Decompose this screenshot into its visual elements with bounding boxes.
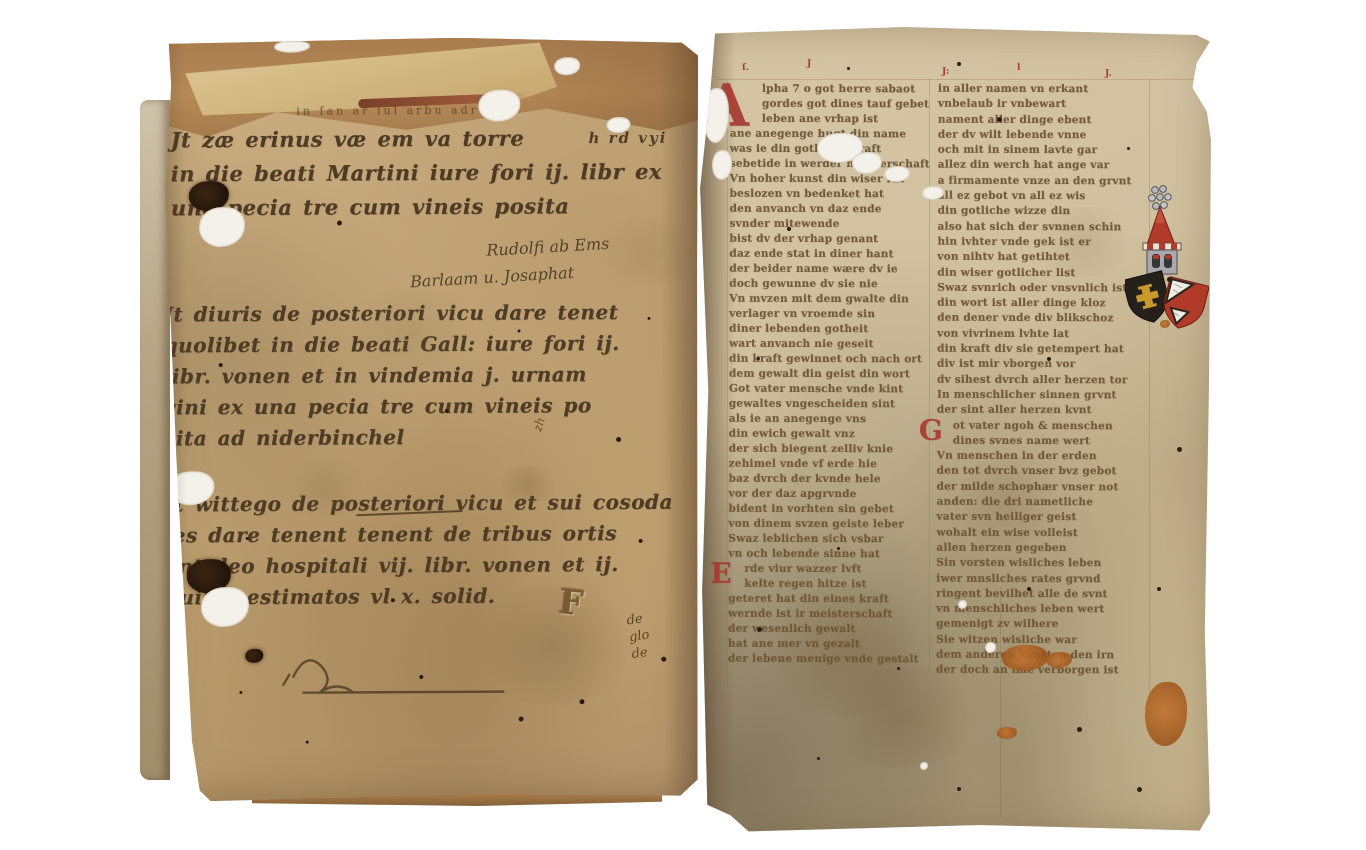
wormhole-dot [1027,587,1031,591]
text-line: div ist mir vborgen vor [937,358,1151,374]
text-line: din kraft gewinnet och nach ort [729,353,931,369]
text-line: svnder mitewende [729,218,931,234]
wormhole-dot [757,357,760,360]
wormhole-dot [897,667,900,670]
crest-spire [1147,207,1175,245]
text-line: der doch an ime verborgen ist [936,664,1150,680]
text-line: Swaz leblichen sich vsbar [728,533,930,549]
text-line: in aller namen vn erkant [938,83,1152,99]
text-line: vnbelaub ir vnbewart [938,98,1152,114]
stain-blob [817,667,987,767]
text-line: leben ane vrhap ist [730,113,932,129]
page-edge-underlay [140,100,170,780]
wormhole-dot [616,437,621,442]
wormhole-dot [757,627,762,632]
rust-blob [1145,682,1187,746]
text-line: gordes got dines tauf gebet [730,98,932,114]
rubricated-initial-G: G [919,416,943,444]
wormhole-dot [647,317,650,320]
heraldic-crest [1125,183,1209,355]
stain-blob [471,585,642,706]
left-parchment-page: in fan ar iul arbu adr Jt zæ erinus væ e… [158,37,702,802]
wormhole-dot [219,363,223,367]
text-line: zehimel vnde vf erde hie [729,458,931,474]
wormhole-dot [837,547,840,550]
text-line: vn och lebende sinne hat [728,548,930,564]
text-line: iwer mnsliches rates grvnd [936,572,1150,588]
right-page: ſ.JJ:lJ. lpha 7 o got herre sabaotgordes… [695,25,1220,840]
wormhole-dot [579,699,584,704]
rubric-mark: J. [1105,69,1112,79]
wormhole-dot [246,537,249,540]
text-line: der sint aller herzen kvnt [937,404,1151,420]
text-line: din kraft div sie getempert hat [937,343,1151,359]
text-line: les dare tenent tenent de tribus ortis [165,518,674,552]
text-line: diner lebenden gotheit [729,323,931,339]
text-line: ant deo hospitali vij. libr. vonen et ij… [165,549,674,583]
text-column-2: in aller namen vn erkantvnbelaub ir vnbe… [936,83,1152,680]
text-line: der beider name wære dv ie [729,263,931,279]
wormhole-dot [1137,787,1142,792]
text-line: Vn mvzen mit dem gwalte din [729,293,931,309]
wormhole-dot [1127,147,1130,150]
rubric-mark: J: [942,67,949,77]
text-line: In menschlicher sinnen grvnt [937,389,1151,405]
text-line: din ewich gewalt vnz [729,428,931,444]
text-line: gewaltes vngescheiden sint [729,398,931,414]
text-line: von dinem svzen geiste leber [728,518,930,534]
wormhole-dot [1167,277,1172,282]
text-line: a firmamente vnze an den grvnt [938,174,1152,190]
text-line: beslozen vn bedenket hat [730,188,932,204]
wormhole-dot [519,717,524,722]
text-line: baz dvrch der kvnde hele [729,473,931,489]
ruling-line-top [717,79,1197,80]
wormhole-dot [639,539,643,543]
stain-blob [589,217,709,288]
text-line: dines svnes name wert [937,434,1151,450]
white-blob [920,762,928,770]
text-line: allez din werch hat ange var [938,159,1152,175]
wormhole-dot [787,227,791,231]
wormhole-dot [997,117,1002,122]
wormhole-dot [1177,447,1182,452]
text-line: vini ex una pecia tre cum vineis po [164,390,620,423]
wormhole-dot [847,67,850,70]
text-line: rde viur wazzer lvft [728,563,930,579]
wormhole-dot [1047,357,1051,361]
text-line: sita ad niderbinchel [164,421,620,454]
text-line: verlager vn vroemde sin [729,308,931,324]
crest-torse [1143,243,1181,250]
modern-annotation: Rudolfi ab EmsBarlaam u. Josaphat [408,230,612,295]
text-line: als ie an anegenge vns [729,413,931,429]
wormhole-dot [1157,587,1161,591]
wormhole-dot [419,675,423,679]
wormhole-dot [957,62,961,66]
fragment-faint-text: in fan ar iul arbu adr [296,104,479,118]
text-line: dem gewalt din geist din wort [729,368,931,384]
rust-blob [997,727,1017,739]
manuscript-photo: in fan ar iul arbu adr Jt zæ erinus væ e… [0,0,1366,850]
text-line: ringent bevilhet alle de svnt [936,587,1150,603]
white-blob [199,207,245,247]
text-line: dv sihest dvrch aller herzen tor [937,373,1151,389]
text-line: bident in vorhten sin gebet [729,503,931,519]
text-line: lpha 7 o got herre sabaot [730,83,932,99]
rubric-mark: J [807,59,811,69]
text-line: ot vater ngoh & menschen [937,419,1151,435]
left-page: in fan ar iul arbu adr Jt zæ erinus væ e… [140,30,712,830]
text-line: allen herzen gegeben [936,542,1150,558]
text-line: von vivrinem lvhte lat [937,327,1151,343]
text-line: Sin vorsten wisliches leben [936,557,1150,573]
text-line: wart anvanch nie geseit [729,338,931,354]
white-blob [201,587,249,627]
text-line: all ez gebot vn all ez wis [938,190,1152,206]
text-line: vn menschliches leben wert [936,603,1150,619]
wormhole-dot [337,220,342,225]
text-line: daz ende stat in diner hant [729,248,931,264]
wormhole-dot [306,741,309,744]
darkburn-blob [245,649,263,663]
rubricated-initial-E: E [710,560,732,588]
text-line: vor der daz apgrvnde [729,488,931,504]
text-line: der sich biegent zelliv knie [729,443,931,459]
right-parchment-page: ſ.JJ:lJ. lpha 7 o got herre sabaotgordes… [697,27,1212,833]
rubric-mark: l [1017,63,1020,73]
text-line: in die beati Martini iure fori ij. libr … [171,155,662,192]
wormhole-dot [957,787,961,791]
text-line: nament aller dinge ebent [938,113,1152,129]
text-line: och mit in sinem lavte gar [938,144,1152,160]
crest-tower [1147,250,1177,274]
wormhole-dot [391,598,395,602]
text-line: bist dv der vrhap genant [729,233,931,249]
text-line: doch gewunne dv sie nie [729,278,931,294]
text-line: gemenigt zv wilhere [936,618,1150,634]
text-line: den anvanch vn daz ende [730,203,932,219]
text-line: din wort ist aller dinge kloz [937,297,1151,313]
wormhole-dot [1077,727,1082,732]
wormhole-dot [239,691,242,694]
text-line: der dv wilt lebende vnne [938,129,1152,145]
text-line: Got vater mensche vnde kint [729,383,931,399]
wormhole-dot [817,757,820,760]
white-blob [478,90,520,122]
text-line: Sie witzen wisliche war [936,633,1150,649]
text-line: Jt wittego de posteriori vicu et sui cos… [164,487,673,521]
wormhole-dot [445,409,449,413]
wormhole-dot [661,657,666,662]
wormhole-dot [518,330,521,333]
text-line: Swaz svnrich oder vnsvnlich ist [937,281,1151,297]
latin-corner-note: h rd vyi [588,129,667,147]
text-line: den dener vnde div blikschoz [937,312,1151,328]
